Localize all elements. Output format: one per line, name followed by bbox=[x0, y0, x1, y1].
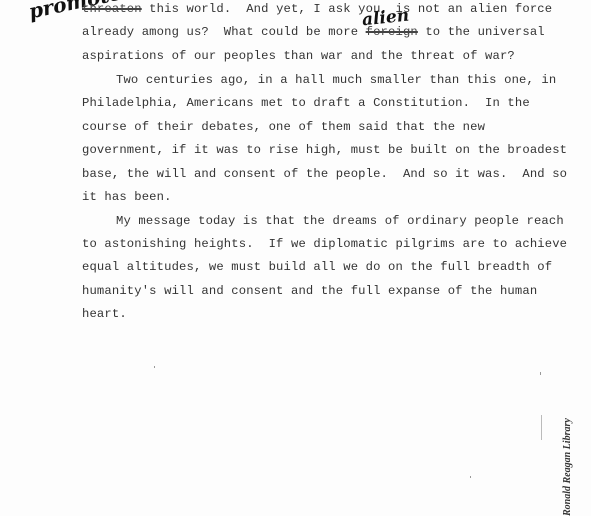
text-line: heart. bbox=[82, 307, 127, 321]
text-line: Philadelphia, Americans met to draft a C… bbox=[82, 96, 530, 110]
text-line: government, if it was to rise high, must… bbox=[82, 143, 567, 157]
scan-speck bbox=[540, 372, 541, 375]
line-text: already among us? What could be more bbox=[82, 25, 366, 39]
text-line: threaten this world. And yet, I ask you,… bbox=[82, 2, 552, 16]
text-line: humanity's will and consent and the full… bbox=[82, 284, 537, 298]
scan-speck bbox=[154, 366, 155, 368]
archive-stamp: Ronald Reagan Library bbox=[562, 418, 573, 516]
scan-speck bbox=[470, 476, 471, 478]
text-line: base, the will and consent of the people… bbox=[82, 167, 567, 181]
struck-word: foreign bbox=[366, 25, 418, 39]
text-line: course of their debates, one of them sai… bbox=[82, 120, 485, 134]
text-line: equal altitudes, we must build all we do… bbox=[82, 260, 552, 274]
line-text: this world. And yet, I ask you, is not a… bbox=[142, 2, 553, 16]
scan-speck bbox=[541, 415, 542, 440]
paragraph-start: My message today is that the dreams of o… bbox=[116, 214, 564, 228]
struck-word: threaten bbox=[82, 2, 142, 16]
text-line: it has been. bbox=[82, 190, 172, 204]
text-line: aspirations of our peoples than war and … bbox=[82, 49, 515, 63]
text-line: already among us? What could be more for… bbox=[82, 25, 545, 39]
text-line: to astonishing heights. If we diplomatic… bbox=[82, 237, 567, 251]
paragraph-start: Two centuries ago, in a hall much smalle… bbox=[116, 73, 556, 87]
line-text: to the universal bbox=[418, 25, 545, 39]
